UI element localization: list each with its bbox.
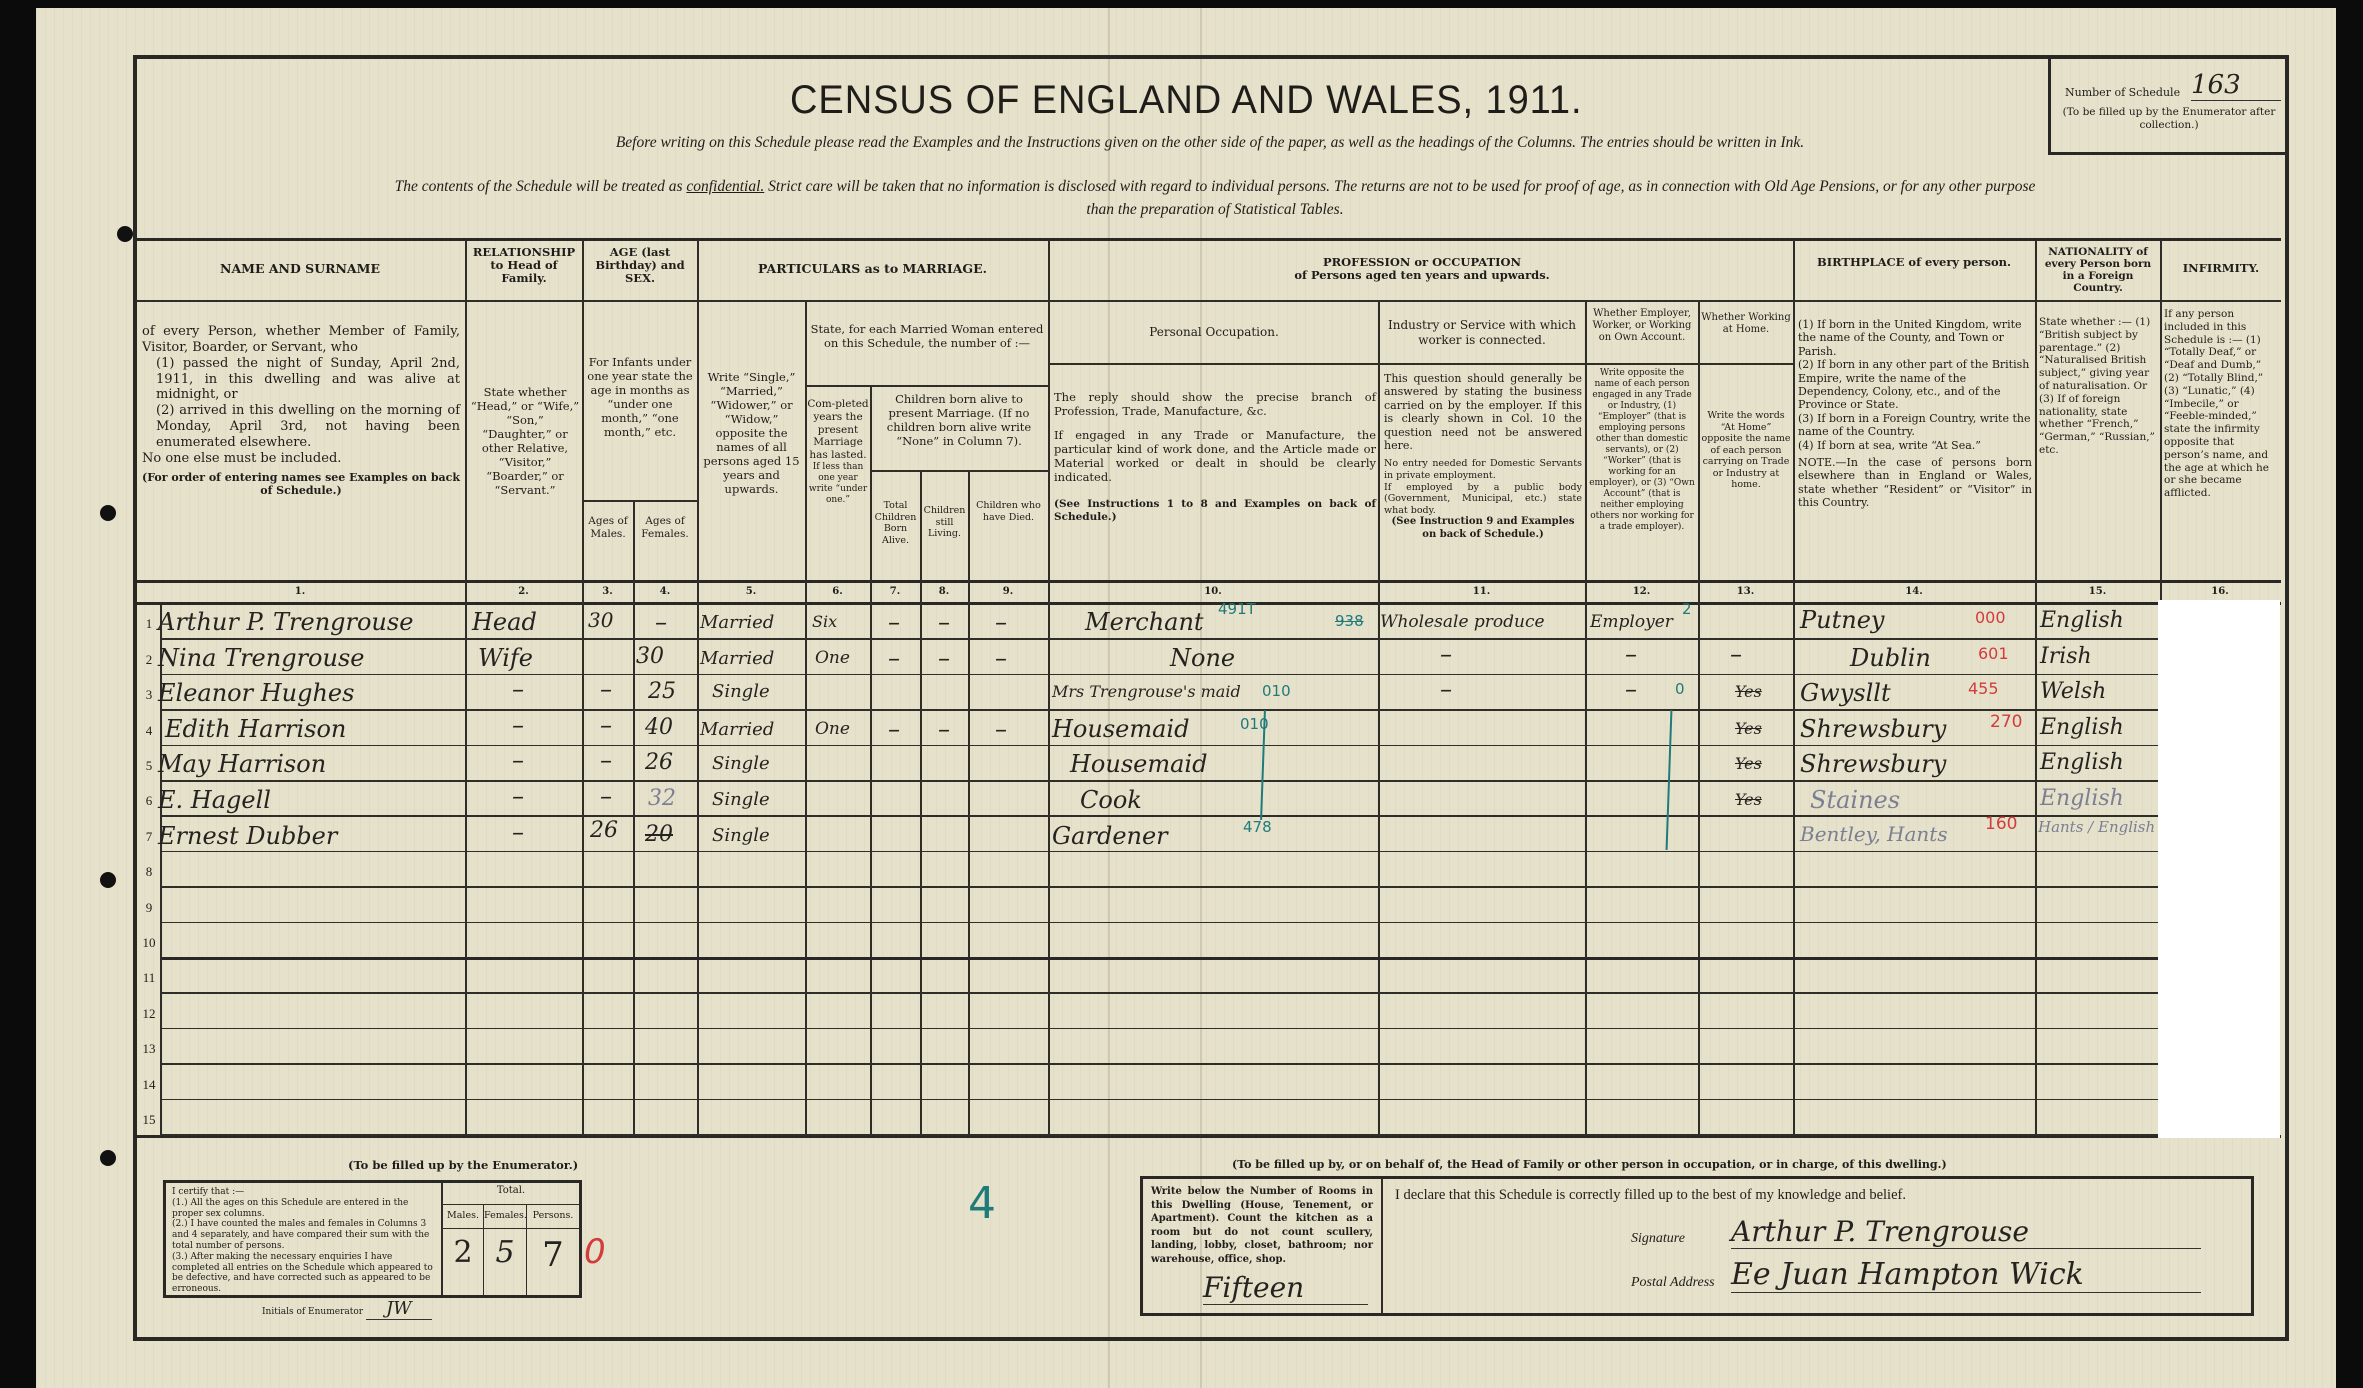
condition-cell[interactable]: Single: [712, 753, 770, 774]
row-rule: [160, 709, 2158, 711]
colnum-divider: [135, 602, 2281, 605]
row-number: 10: [138, 935, 160, 951]
condition-cell[interactable]: Married: [700, 648, 774, 669]
colnum-9: 9.: [968, 586, 1048, 597]
colnum-3: 3.: [582, 586, 633, 597]
name-description: of every Person, whether Member of Famil…: [142, 324, 460, 498]
colnum-13: 13.: [1698, 586, 1793, 597]
age-description: For Infants under one year state the age…: [585, 355, 695, 439]
nationality-description: State whether :— (1) “British subject by…: [2039, 316, 2157, 457]
row-rule: [160, 1028, 2158, 1030]
address-value[interactable]: Ee Juan Hampton Wick: [1731, 1257, 2201, 1293]
industry-header: Industry or Service with which worker is…: [1382, 318, 1582, 347]
ages-of-males: Ages of Males.: [584, 515, 632, 541]
header-birthplace: BIRTHPLACE of every person.: [1796, 256, 2032, 269]
row-rule: [160, 1063, 2158, 1065]
confidential-notice: The contents of the Schedule will be tre…: [160, 178, 2270, 196]
home-cell[interactable]: Yes: [1735, 682, 1762, 701]
relationship-cell[interactable]: –: [512, 711, 524, 739]
age-female-cell[interactable]: 25: [648, 679, 676, 704]
occupation-cell[interactable]: Merchant: [1085, 608, 1204, 636]
nationality-cell[interactable]: Irish: [2040, 644, 2092, 669]
schedule-number-value[interactable]: 163: [2191, 70, 2281, 101]
row-rule: [160, 992, 2158, 994]
occupation-code: 478: [1243, 818, 1272, 836]
still-living-cell[interactable]: –: [938, 608, 950, 636]
industry-cell[interactable]: Wholesale produce: [1380, 612, 1545, 632]
col-divider: [968, 470, 970, 1135]
personal-desc-2: If engaged in any Trade or Manufacture, …: [1054, 428, 1376, 484]
header-infirmity: INFIRMITY.: [2163, 262, 2279, 275]
relationship-cell[interactable]: –: [512, 746, 524, 774]
subheader-rule: [1048, 363, 1793, 365]
row-number: 12: [138, 1006, 160, 1022]
born-alive-cell[interactable]: –: [888, 644, 900, 672]
name-cell[interactable]: Arthur P. Trengrouse: [158, 608, 413, 636]
condition-cell[interactable]: Single: [712, 789, 770, 810]
condition-cell[interactable]: Single: [712, 681, 770, 702]
header-age: AGE (last Birthday) and SEX.: [585, 246, 695, 286]
colnum-15: 15.: [2035, 586, 2160, 597]
declaration-text: I declare that this Schedule is correctl…: [1395, 1187, 1906, 1204]
employer-header: Whether Employer, Worker, or Working on …: [1588, 308, 1696, 345]
nationality-cell[interactable]: English: [2040, 786, 2124, 811]
total-born-alive: Total Children Born Alive.: [872, 500, 919, 546]
persons-label: Persons.: [527, 1210, 579, 1221]
colnum-10: 10.: [1048, 586, 1378, 597]
completed-years-note: If less than one year write “under one.”: [807, 462, 869, 506]
row-rule: [160, 1099, 2158, 1101]
personal-occupation-description: The reply should show the precise branch…: [1054, 390, 1376, 524]
age-female-cell[interactable]: 30: [636, 644, 664, 669]
schedule-number-box: Number of Schedule 163 (To be filled up …: [2048, 58, 2285, 155]
industry-desc-3: If employed by a public body (Government…: [1384, 482, 1582, 517]
birthplace-cell[interactable]: Putney: [1800, 606, 1884, 634]
certify-heading: I certify that :—: [172, 1187, 440, 1198]
enumerator-certification: I certify that :— (1.) All the ages on t…: [172, 1187, 440, 1320]
children-description: Children born alive to present Marriage.…: [872, 392, 1046, 448]
punch-hole: [117, 226, 133, 242]
colnum-16: 16.: [2160, 586, 2280, 597]
row-number: 1: [138, 616, 160, 632]
name-cell[interactable]: Ernest Dubber: [158, 822, 337, 850]
certify-3: (3.) After making the necessary enquirie…: [172, 1252, 440, 1295]
confidential-word: confidential.: [686, 178, 764, 195]
occupation-code: 010: [1262, 682, 1291, 700]
died-cell[interactable]: –: [995, 644, 1007, 672]
row-rule: [160, 815, 2158, 817]
name-desc-3: (2) arrived in this dwelling on the morn…: [142, 403, 460, 451]
header-relationship: RELATIONSHIP to Head of Family.: [468, 246, 580, 286]
age-male-cell[interactable]: –: [600, 675, 612, 703]
row-rule: [160, 851, 2158, 853]
instruction-line: Before writing on this Schedule please r…: [420, 134, 2000, 152]
certify-2: (2.) I have counted the males and female…: [172, 1219, 440, 1251]
subheader-divider: [135, 580, 2281, 583]
personal-desc-3: (See Instructions 1 to 8 and Examples on…: [1054, 498, 1376, 524]
col-divider: [870, 385, 872, 1135]
condition-cell[interactable]: Single: [712, 825, 770, 846]
still-living-cell[interactable]: –: [938, 715, 950, 743]
occupation-code-struck: 938: [1335, 612, 1364, 630]
name-desc-1: of every Person, whether Member of Famil…: [142, 324, 460, 356]
age-male-cell[interactable]: –: [600, 746, 612, 774]
enumerator-caption: (To be filled up by the Enumerator.): [348, 1158, 578, 1172]
row-rule: [160, 745, 2158, 747]
still-living-cell[interactable]: –: [938, 644, 950, 672]
col-divider: [697, 240, 699, 1135]
col-divider: [465, 240, 467, 1135]
children-who-died: Children who have Died.: [970, 500, 1047, 523]
colnum-6: 6.: [805, 586, 870, 597]
confidential-text-a: The contents of the Schedule will be tre…: [395, 178, 687, 195]
relationship-cell[interactable]: –: [512, 818, 524, 846]
birthplace-code: 000: [1975, 608, 2006, 627]
birthplace-cell[interactable]: Shrewsbury: [1800, 750, 1946, 778]
name-cell[interactable]: Nina Trengrouse: [158, 644, 364, 672]
name-desc-2: (1) passed the night of Sunday, April 2n…: [142, 356, 460, 404]
relationship-cell[interactable]: Head: [472, 608, 537, 636]
born-alive-cell[interactable]: –: [888, 608, 900, 636]
industry-desc-4: (See Instruction 9 and Examples on back …: [1384, 516, 1582, 540]
birthplace-desc-2: (2) If born in any other part of the Bri…: [1798, 358, 2032, 412]
employer-cell[interactable]: –: [1625, 640, 1637, 668]
row-rule: [160, 780, 2158, 782]
signature-label: Signature: [1631, 1231, 1685, 1247]
nationality-cell[interactable]: Welsh: [2040, 679, 2106, 704]
row-rule: [160, 638, 2158, 640]
occupation-subtitle: of Persons aged ten years and upwards.: [1052, 269, 1792, 282]
rooms-value[interactable]: Fifteen: [1203, 1271, 1368, 1305]
birthplace-desc-4: (4) If born at sea, write “At Sea.”: [1798, 439, 2032, 452]
employer-code: 0: [1675, 680, 1685, 698]
row-rule: [160, 922, 2158, 924]
age-female-cell[interactable]: 26: [645, 750, 673, 775]
col-divider: [1378, 300, 1380, 1135]
header-marriage: PARTICULARS as to MARRIAGE.: [700, 262, 1045, 276]
age-female-cell[interactable]: –: [655, 608, 667, 636]
employer-description: Write opposite the name of each person e…: [1588, 368, 1696, 533]
row-number: 5: [138, 758, 160, 774]
col-divider: [920, 470, 922, 1135]
header-occupation: PROFESSION or OCCUPATION of Persons aged…: [1052, 256, 1792, 282]
row-number: 13: [138, 1041, 160, 1057]
industry-description: This question should generally be answer…: [1384, 372, 1582, 541]
total-label: Total.: [443, 1185, 579, 1196]
schedule-number-label: Number of Schedule: [2065, 86, 2180, 99]
name-cell[interactable]: E. Hagell: [158, 786, 271, 814]
subheader-rule: [870, 470, 1048, 472]
age-male-cell[interactable]: 26: [590, 818, 618, 843]
address-label: Postal Address: [1631, 1275, 1715, 1291]
colnum-12: 12.: [1585, 586, 1698, 597]
birthplace-cell[interactable]: Bentley, Hants: [1800, 822, 1948, 846]
row-number: 2: [138, 652, 160, 668]
persons-total[interactable]: 7: [527, 1235, 579, 1275]
condition-description: Write “Single,” “Married,” “Widower,” or…: [700, 370, 803, 496]
home-cell[interactable]: Yes: [1735, 719, 1762, 738]
header-name: NAME AND SURNAME: [140, 262, 460, 276]
children-still-living: Children still Living.: [922, 505, 967, 540]
died-cell[interactable]: –: [995, 715, 1007, 743]
row-number: 7: [138, 829, 160, 845]
relationship-cell[interactable]: –: [512, 782, 524, 810]
header-nationality: NATIONALITY of every Person born in a Fo…: [2038, 246, 2158, 294]
personal-desc-1: The reply should show the precise branch…: [1054, 390, 1376, 418]
years-married-cell[interactable]: Six: [812, 612, 837, 631]
table-top-rule: [135, 238, 2281, 241]
industry-desc-1: This question should generally be answer…: [1384, 372, 1582, 452]
relationship-description: State whether “Head,” or “Wife,” “Son,” …: [470, 385, 580, 497]
birthplace-code: 270: [1990, 712, 2022, 732]
rooms-divider: [1381, 1179, 1383, 1313]
birthplace-desc-1: (1) If born in the United Kingdom, write…: [1798, 318, 2032, 358]
colnum-11: 11.: [1378, 586, 1585, 597]
header-divider: [135, 300, 2281, 302]
initials-label: Initials of Enumerator: [262, 1307, 363, 1317]
females-label: Females.: [484, 1210, 526, 1221]
birthplace-code: 455: [1968, 679, 1999, 698]
col-divider: [1585, 300, 1587, 1135]
age-female-cell[interactable]: 20: [645, 822, 673, 847]
employer-cell[interactable]: Employer: [1590, 612, 1673, 632]
row-number: 4: [138, 723, 160, 739]
home-header: Whether Working at Home.: [1700, 312, 1792, 336]
employer-cell[interactable]: –: [1625, 675, 1637, 703]
occupation-cell[interactable]: None: [1170, 644, 1235, 672]
home-description: Write the words “At Home” opposite the n…: [1700, 410, 1792, 491]
name-desc-4: No one else must be included.: [142, 451, 460, 467]
birthplace-note: NOTE.—In the case of persons born elsewh…: [1798, 456, 2032, 510]
colnum-5: 5.: [697, 586, 805, 597]
certify-1: (1.) All the ages on this Schedule are e…: [172, 1198, 440, 1220]
birthplace-cell[interactable]: Dublin: [1850, 644, 1931, 672]
name-cell[interactable]: Eleanor Hughes: [158, 679, 354, 707]
occupation-cell[interactable]: Gardener: [1052, 822, 1168, 850]
birthplace-cell[interactable]: Gwysllt: [1800, 679, 1891, 707]
enumerator-box: I certify that :— (1.) All the ages on t…: [163, 1180, 582, 1298]
industry-cell[interactable]: –: [1440, 675, 1452, 703]
row-rule: [160, 674, 2158, 676]
red-zero-mark: 0: [584, 1232, 606, 1272]
blue-four-mark: 4: [968, 1178, 996, 1229]
row-rule: [160, 957, 2158, 960]
occupation-cell[interactable]: Housemaid: [1052, 715, 1189, 743]
females-total[interactable]: 5: [484, 1235, 526, 1270]
row-number: 9: [138, 900, 160, 916]
row-number: 15: [138, 1112, 160, 1128]
punch-hole: [100, 505, 116, 521]
initials-row: Initials of Enumerator JW: [172, 1298, 440, 1320]
home-cell[interactable]: Yes: [1735, 754, 1762, 773]
relationship-cell[interactable]: –: [512, 675, 524, 703]
head-of-family-box: Write below the Number of Rooms in this …: [1140, 1176, 2254, 1316]
nationality-cell[interactable]: English: [2040, 750, 2124, 775]
col-divider: [2035, 240, 2037, 1135]
birthplace-code: 160: [1985, 814, 2017, 834]
row-rule: [160, 886, 2158, 888]
colnum-4: 4.: [633, 586, 697, 597]
condition-cell[interactable]: Married: [700, 612, 774, 633]
relationship-cell[interactable]: Wife: [478, 644, 533, 672]
nationality-cell[interactable]: Hants / English: [2038, 818, 2155, 836]
signature-value[interactable]: Arthur P. Trengrouse: [1731, 1215, 2201, 1249]
row-rule: [160, 1134, 2158, 1136]
confidential-text-b: Strict care will be taken that no inform…: [764, 178, 2035, 195]
row-number: 8: [138, 864, 160, 880]
home-cell[interactable]: Yes: [1735, 790, 1762, 809]
colnum-8: 8.: [920, 586, 968, 597]
occupation-cell[interactable]: Mrs Trengrouse's maid: [1052, 682, 1241, 701]
punch-hole: [100, 1150, 116, 1166]
age-male-cell[interactable]: 30: [588, 608, 613, 632]
colnum-2: 2.: [465, 586, 582, 597]
col-divider: [1793, 240, 1795, 1135]
initials-value[interactable]: JW: [366, 1298, 432, 1320]
total-rule: [443, 1228, 579, 1229]
punch-hole: [100, 872, 116, 888]
subheader-rule: [582, 500, 697, 502]
age-female-cell[interactable]: 32: [648, 786, 676, 811]
males-total[interactable]: 2: [443, 1235, 483, 1270]
row-number: 6: [138, 793, 160, 809]
age-female-cell[interactable]: 40: [645, 715, 673, 740]
head-of-family-caption: (To be filled up by, or on behalf of, th…: [1232, 1158, 1947, 1171]
colnum-1: 1.: [135, 586, 465, 597]
married-woman-description: State, for each Married Woman entered on…: [808, 322, 1046, 350]
name-desc-5: (For order of entering names see Example…: [142, 471, 460, 498]
born-alive-cell[interactable]: –: [888, 715, 900, 743]
industry-cell[interactable]: –: [1440, 640, 1452, 668]
nationality-cell[interactable]: English: [2040, 608, 2124, 633]
schedule-number-note: (To be filled up by the Enumerator after…: [2059, 106, 2279, 131]
colnum-14: 14.: [1793, 586, 2035, 597]
males-label: Males.: [443, 1210, 483, 1221]
home-cell[interactable]: –: [1730, 640, 1742, 668]
row-number: 3: [138, 687, 160, 703]
birthplace-description: (1) If born in the United Kingdom, write…: [1798, 318, 2032, 510]
confidential-notice-line2: than the preparation of Statistical Tabl…: [160, 201, 2270, 219]
col-divider: [1048, 240, 1050, 1135]
name-cell[interactable]: Edith Harrison: [165, 715, 346, 743]
employer-code: 2: [1682, 600, 1692, 618]
condition-cell[interactable]: Married: [700, 719, 774, 740]
row-number: 14: [138, 1077, 160, 1093]
completed-years-label: Com-pleted years the present Marriage ha…: [807, 398, 869, 462]
infirmity-description: If any person included in this Schedule …: [2164, 308, 2278, 500]
years-married-cell[interactable]: One: [815, 719, 850, 739]
redacted-infirmity-area: [2158, 600, 2280, 1138]
years-married-cell[interactable]: One: [815, 648, 850, 668]
total-rule: [443, 1204, 579, 1205]
industry-desc-2: No entry needed for Domestic Servants in…: [1384, 458, 1582, 481]
occupation-code: 491T: [1218, 600, 1256, 618]
name-cell[interactable]: May Harrison: [158, 750, 326, 778]
subheader-rule: [805, 385, 1048, 387]
rooms-instructions: Write below the Number of Rooms in this …: [1151, 1185, 1373, 1266]
completed-years: Com-pleted years the present Marriage ha…: [807, 398, 869, 506]
occupation-cell[interactable]: Cook: [1080, 786, 1142, 814]
occupation-cell[interactable]: Housemaid: [1070, 750, 1207, 778]
nationality-cell[interactable]: English: [2040, 715, 2124, 740]
colnum-7: 7.: [870, 586, 920, 597]
died-cell[interactable]: –: [995, 608, 1007, 636]
personal-occupation-header: Personal Occupation.: [1052, 325, 1376, 340]
age-male-cell[interactable]: –: [600, 711, 612, 739]
row-number: 11: [138, 970, 160, 986]
col-divider: [582, 240, 584, 1135]
birthplace-cell[interactable]: Shrewsbury: [1800, 715, 1946, 743]
birthplace-desc-3: (3) If born in a Foreign Country, write …: [1798, 412, 2032, 439]
birthplace-cell[interactable]: Staines: [1810, 786, 1900, 814]
age-male-cell[interactable]: –: [600, 782, 612, 810]
ages-of-females: Ages of Females.: [635, 515, 695, 541]
birthplace-code: 601: [1978, 644, 2009, 663]
page-title: CENSUS OF ENGLAND AND WALES, 1911.: [790, 78, 1583, 123]
